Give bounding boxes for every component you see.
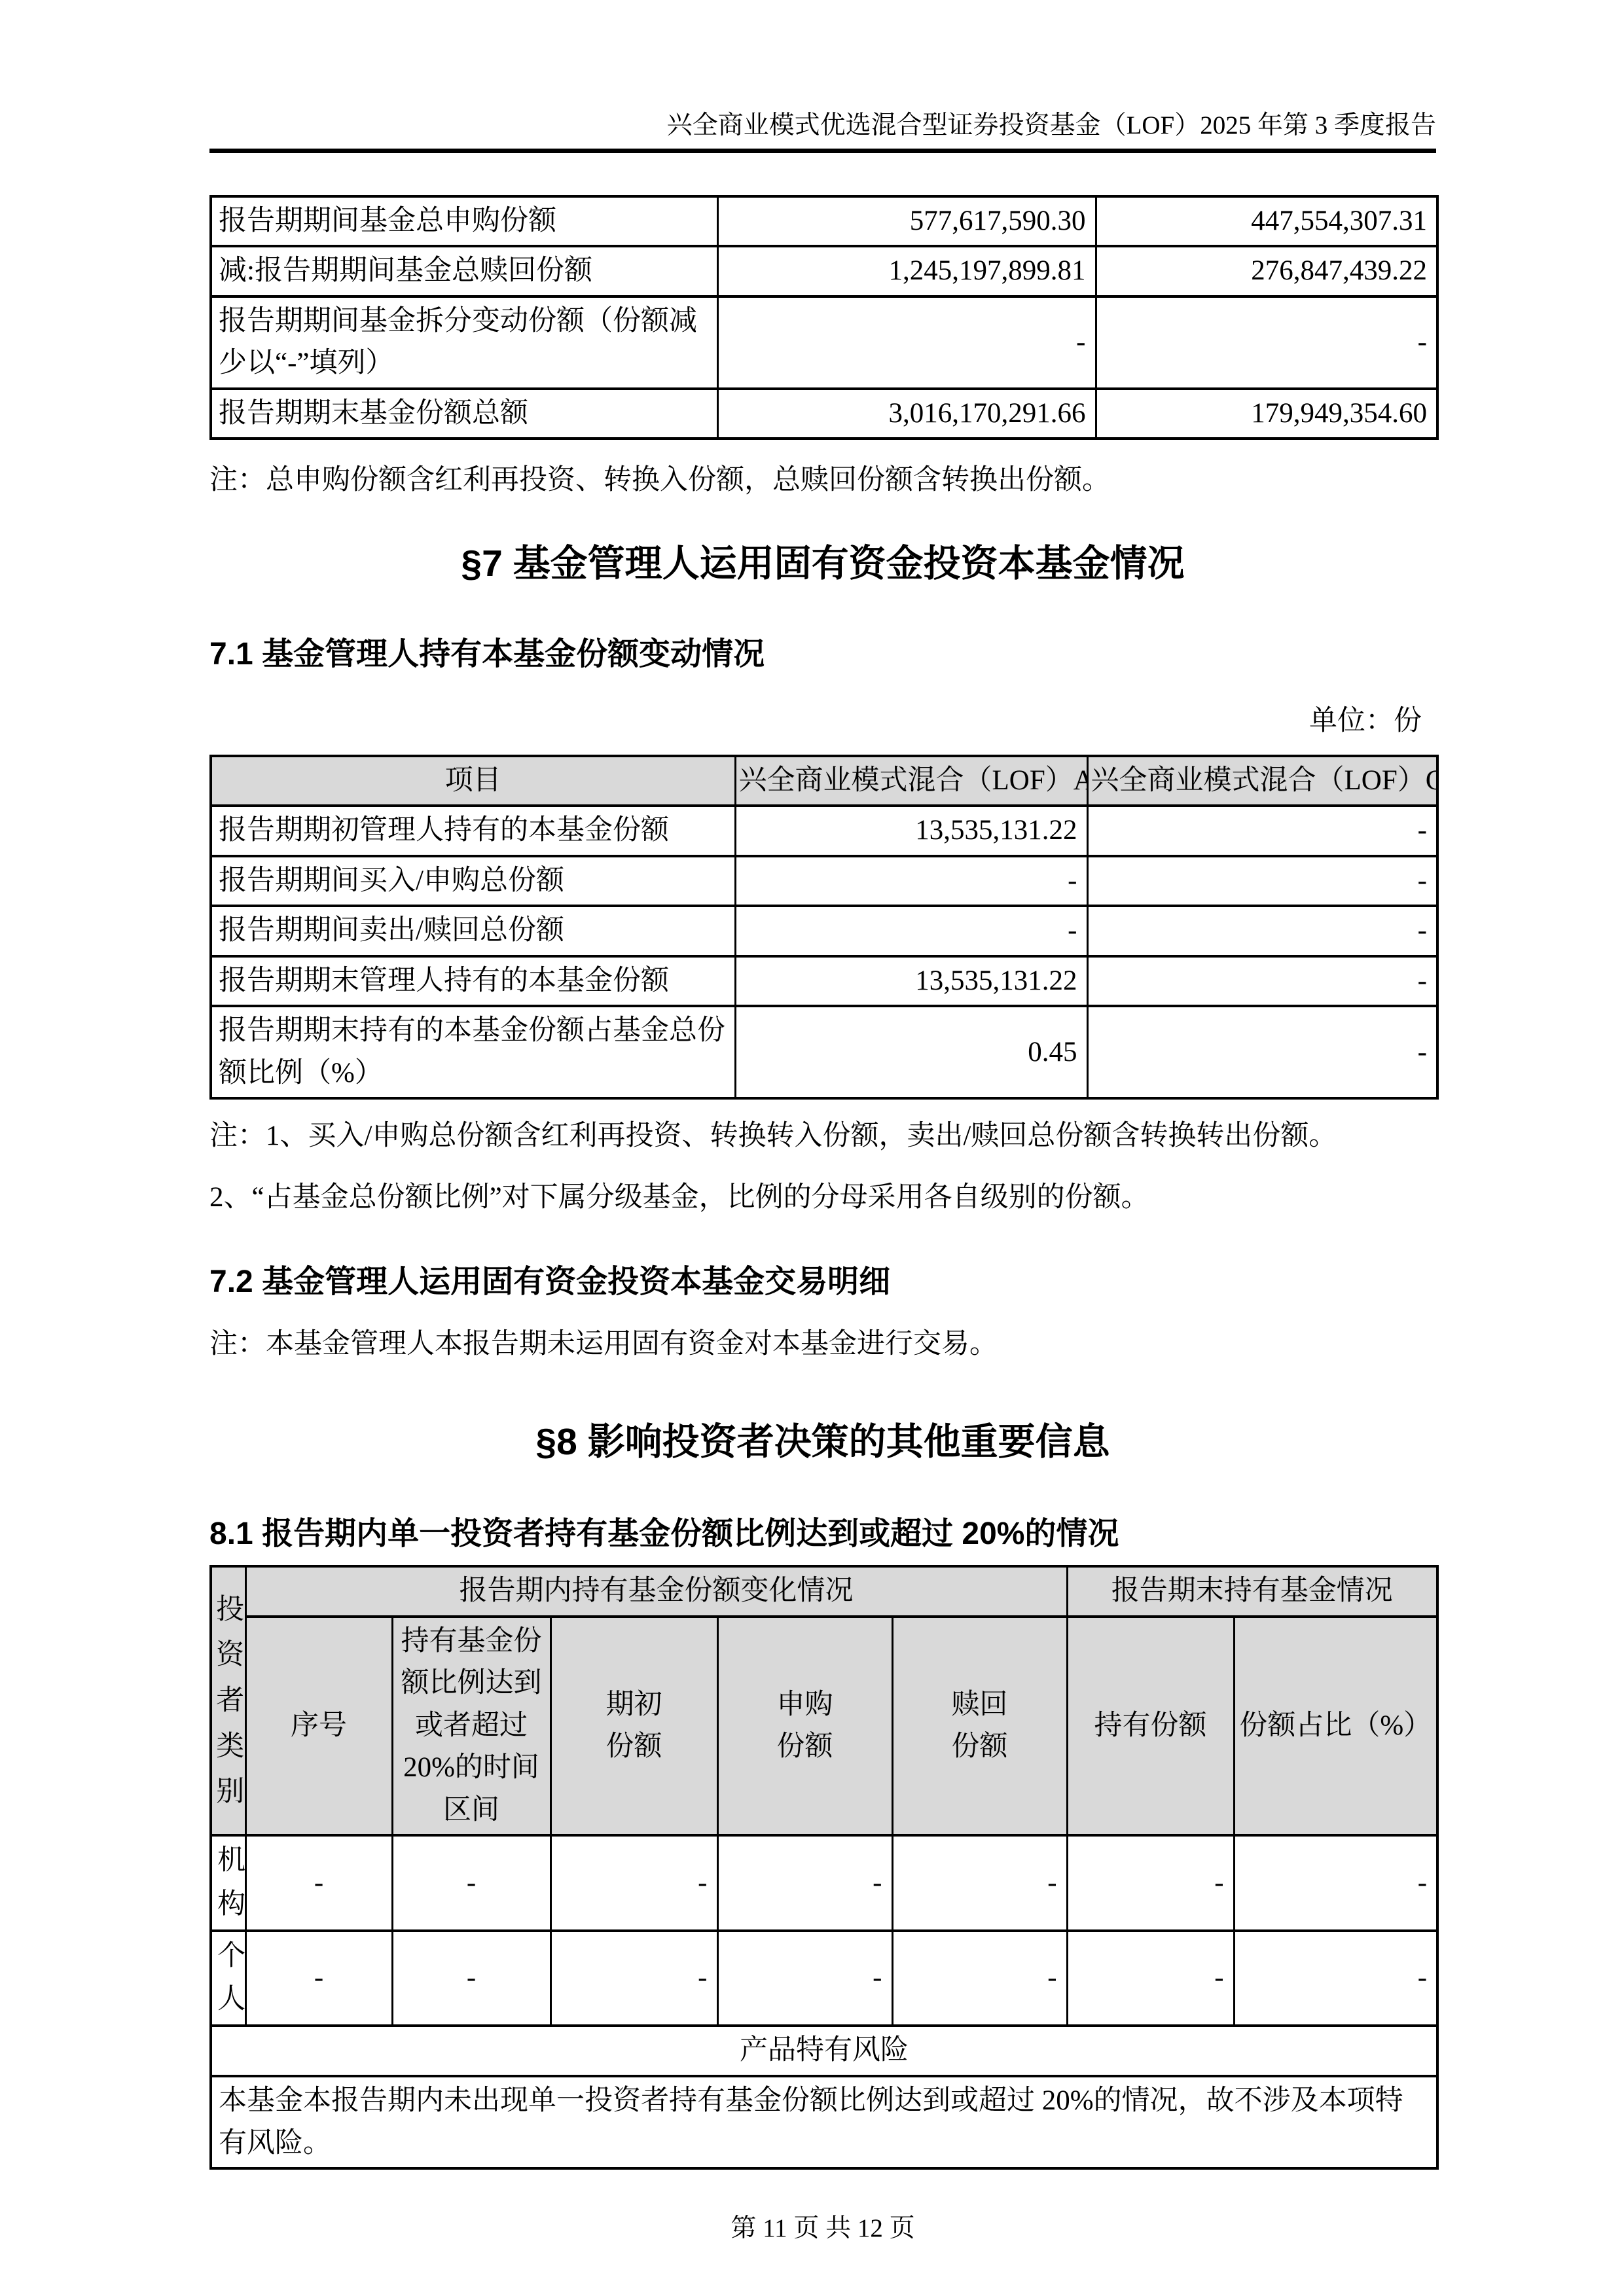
table-note: 2、“占基金总份额比例”对下属分级基金，比例的分母采用各自级别的份额。 [209,1179,1436,1216]
opening-shares-cell: - [550,1835,717,1930]
product-risk-header-row: 产品特有风险 [211,2026,1437,2076]
holding-ratio-cell: - [1234,1835,1437,1930]
section72-note: 注：本基金管理人本报告期未运用固有资金对本基金进行交易。 [209,1326,1436,1363]
row-label: 报告期期末持有的本基金份额占基金总份额比例（%） [211,1006,735,1098]
table-header-row: 项目 兴全商业模式混合（LOF）A 兴全商业模式混合（LOF）C [211,756,1437,806]
value-cell-c: - [1087,806,1437,856]
redemption-shares-cell: - [892,1835,1067,1930]
product-risk-text: 本基金本报告期内未出现单一投资者持有基金份额比例达到或超过 20%的情况，故不涉… [211,2076,1437,2168]
investor-type-label: 投资者类别 [215,1587,245,1815]
table-row: 报告期期末管理人持有的本基金份额 13,535,131.22 - [211,956,1437,1007]
group-header-end: 报告期末持有基金情况 [1067,1566,1437,1617]
investor-row-individual: 个人 - - - - - - - [211,1931,1437,2026]
period-cell: - [392,1835,550,1930]
value-cell-a: 0.45 [735,1006,1087,1098]
header-divider [209,149,1436,153]
period-cell: - [392,1931,550,2026]
col-header-seq: 序号 [245,1617,392,1836]
section81-heading: 8.1 报告期内单一投资者持有基金份额比例达到或超过 20%的情况 [209,1515,1436,1553]
value-cell-a: - [717,296,1096,389]
page-footer: 第 11 页 共 12 页 [209,2208,1436,2244]
table-row: 报告期期间基金总申购份额 577,617,590.30 447,554,307.… [211,196,1437,247]
single-investor-table: 投资者类别 报告期内持有基金份额变化情况 报告期末持有基金情况 序号 持有基金份… [209,1565,1439,2170]
section71-heading: 7.1 基金管理人持有本基金份额变动情况 [209,636,1436,673]
table-row: 减:报告期期间基金总赎回份额 1,245,197,899.81 276,847,… [211,246,1437,296]
opening-shares-cell: - [550,1931,717,2026]
value-cell-c: - [1096,296,1437,389]
group-header-change: 报告期内持有基金份额变化情况 [245,1566,1067,1617]
table-group-header-row: 投资者类别 报告期内持有基金份额变化情况 报告期末持有基金情况 [211,1566,1437,1617]
value-cell-a: 13,535,131.22 [735,956,1087,1007]
col-header-opening-shares: 期初份额 [550,1617,717,1836]
investor-category: 机构 [211,1835,245,1930]
col-header-class-c: 兴全商业模式混合（LOF）C [1087,756,1437,806]
value-cell-a: 13,535,131.22 [735,806,1087,856]
manager-holdings-table: 项目 兴全商业模式混合（LOF）A 兴全商业模式混合（LOF）C 报告期期初管理… [209,755,1439,1100]
page-header: 兴全商业模式优选混合型证券投资基金（LOF）2025 年第 3 季度报告 [209,0,1436,141]
value-cell-c: 276,847,439.22 [1096,246,1437,296]
section8-heading: §8 影响投资者决策的其他重要信息 [209,1419,1436,1465]
value-cell-c: - [1087,956,1437,1007]
col-header-redemption-shares: 赎回份额 [892,1617,1067,1836]
value-cell-c: 447,554,307.31 [1096,196,1437,247]
row-label: 报告期期末基金份额总额 [211,389,717,439]
value-cell-c: - [1087,1006,1437,1098]
value-cell-a: 3,016,170,291.66 [717,389,1096,439]
table-row: 报告期期末基金份额总额 3,016,170,291.66 179,949,354… [211,389,1437,439]
seq-cell: - [245,1835,392,1930]
value-cell-a: 1,245,197,899.81 [717,246,1096,296]
row-label: 报告期期间基金拆分变动份额（份额减少以“-”填列） [211,296,717,389]
unit-label: 单位：份 [209,704,1436,739]
holding-ratio-cell: - [1234,1931,1437,2026]
row-label: 报告期期间买入/申购总份额 [211,856,735,906]
col-header-item: 项目 [211,756,735,806]
table-note: 注：1、买入/申购总份额含红利再投资、转换转入份额，卖出/赎回总份额含转换转出份… [209,1118,1436,1155]
value-cell-a: - [735,856,1087,906]
col-header-class-a: 兴全商业模式混合（LOF）A [735,756,1087,806]
col-header-holding-shares: 持有份额 [1067,1617,1234,1836]
row-label: 报告期期间基金总申购份额 [211,196,717,247]
section72-heading: 7.2 基金管理人运用固有资金投资本基金交易明细 [209,1263,1436,1301]
table-header-row: 序号 持有基金份额比例达到或者超过20%的时间区间 期初份额 申购份额 赎回份额… [211,1617,1437,1836]
col-header-period: 持有基金份额比例达到或者超过20%的时间区间 [392,1617,550,1836]
col-header-subscription-shares: 申购份额 [717,1617,892,1836]
row-label: 报告期期初管理人持有的本基金份额 [211,806,735,856]
col-header-holding-ratio: 份额占比（%） [1234,1617,1437,1836]
table-note: 注：总申购份额含红利再投资、转换入份额，总赎回份额含转换出份额。 [209,462,1436,499]
holding-shares-cell: - [1067,1835,1234,1930]
investor-type-header: 投资者类别 [211,1566,245,1835]
value-cell-c: - [1087,856,1437,906]
report-title: 兴全商业模式优选混合型证券投资基金（LOF）2025 年第 3 季度报告 [667,111,1436,139]
section7-heading: §7 基金管理人运用固有资金投资本基金情况 [209,541,1436,587]
subscription-shares-cell: - [717,1835,892,1930]
redemption-shares-cell: - [892,1931,1067,2026]
row-label: 报告期期末管理人持有的本基金份额 [211,956,735,1007]
investor-row-institution: 机构 - - - - - - - [211,1835,1437,1930]
subscription-shares-cell: - [717,1931,892,2026]
table-row: 报告期期间买入/申购总份额 - - [211,856,1437,906]
row-label: 报告期期间卖出/赎回总份额 [211,906,735,956]
product-risk-title: 产品特有风险 [211,2026,1437,2076]
table-row: 报告期期末持有的本基金份额占基金总份额比例（%） 0.45 - [211,1006,1437,1098]
product-risk-text-row: 本基金本报告期内未出现单一投资者持有基金份额比例达到或超过 20%的情况，故不涉… [211,2076,1437,2168]
holding-shares-cell: - [1067,1931,1234,2026]
investor-category: 个人 [211,1931,245,2026]
table-row: 报告期期初管理人持有的本基金份额 13,535,131.22 - [211,806,1437,856]
fund-share-change-table: 报告期期间基金总申购份额 577,617,590.30 447,554,307.… [209,195,1439,440]
value-cell-c: 179,949,354.60 [1096,389,1437,439]
value-cell-a: 577,617,590.30 [717,196,1096,247]
table-row: 报告期期间基金拆分变动份额（份额减少以“-”填列） - - [211,296,1437,389]
report-page: 兴全商业模式优选混合型证券投资基金（LOF）2025 年第 3 季度报告 报告期… [0,0,1624,2296]
seq-cell: - [245,1931,392,2026]
row-label: 减:报告期期间基金总赎回份额 [211,246,717,296]
value-cell-c: - [1087,906,1437,956]
table-row: 报告期期间卖出/赎回总份额 - - [211,906,1437,956]
value-cell-a: - [735,906,1087,956]
